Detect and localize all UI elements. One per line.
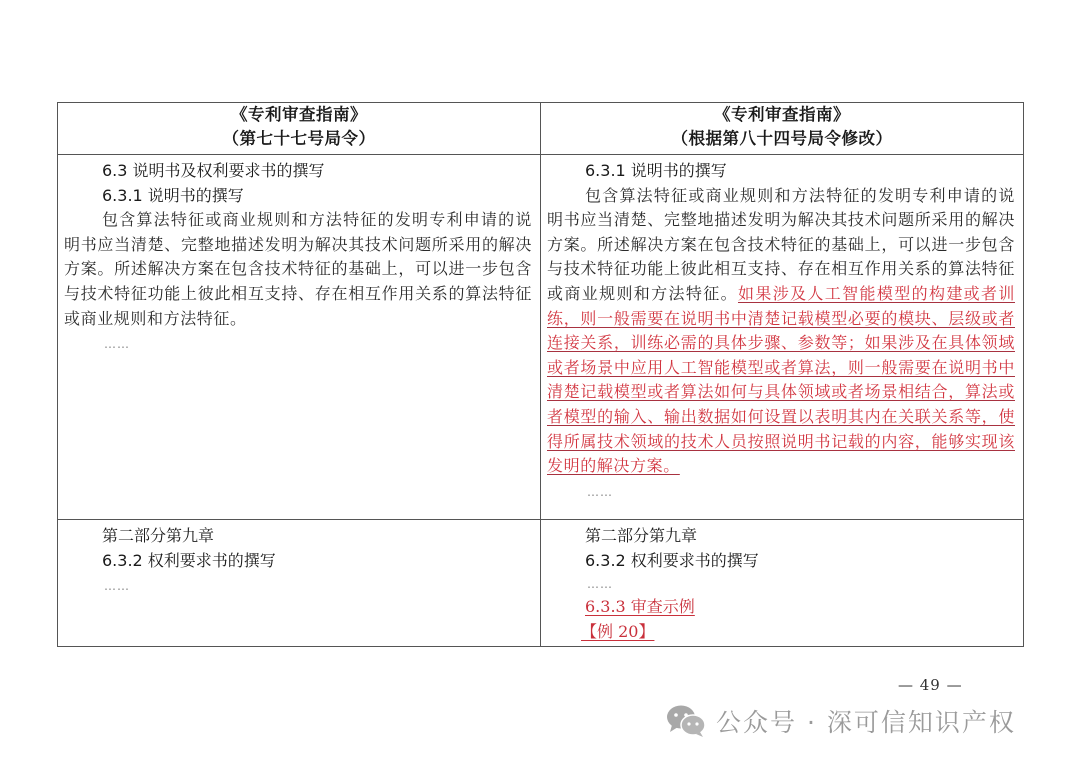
right-header-subtitle: （根据第八十四号局令修改） (541, 127, 1023, 151)
omission-ellipsis: …… (547, 479, 1015, 505)
right-cell-claims: 第二部分第九章 6.3.2 权利要求书的撰写 …… 6.3.3 审查示例 【例 … (541, 520, 1024, 647)
left-cell-claims: 第二部分第九章 6.3.2 权利要求书的撰写 …… (58, 520, 541, 647)
added-text: 如果涉及人工智能模型的构建或者训练，则一般需要在说明书中清楚记载模型必要的模块、… (547, 284, 1015, 475)
left-column-header: 《专利审查指南》 （第七十七号局令） (58, 103, 541, 155)
omission-ellipsis: …… (64, 331, 532, 357)
omission-ellipsis: …… (547, 573, 1015, 595)
document-page: 《专利审查指南》 （第七十七号局令） 《专利审查指南》 （根据第八十四号局令修改… (0, 0, 1080, 764)
chapter-heading: 第二部分第九章 (64, 524, 532, 549)
subsection-heading: 6.3.2 权利要求书的撰写 (547, 549, 1015, 574)
subsection-heading: 6.3.1 说明书的撰写 (64, 184, 532, 209)
wechat-icon (666, 704, 706, 738)
added-example: 【例 20】 (547, 620, 1015, 645)
added-heading: 6.3.3 审查示例 (547, 595, 1015, 620)
table-row: 第二部分第九章 6.3.2 权利要求书的撰写 …… 第二部分第九章 6.3.2 … (58, 520, 1024, 647)
right-column-header: 《专利审查指南》 （根据第八十四号局令修改） (541, 103, 1024, 155)
left-cell-description: 6.3 说明书及权利要求书的撰写 6.3.1 说明书的撰写 包含算法特征或商业规… (58, 155, 541, 520)
watermark: 公众号 · 深可信知识产权 (666, 703, 1016, 739)
subsection-heading: 6.3.2 权利要求书的撰写 (64, 549, 532, 574)
section-heading: 6.3 说明书及权利要求书的撰写 (64, 159, 532, 184)
subsection-heading: 6.3.1 说明书的撰写 (547, 159, 1015, 184)
left-header-title: 《专利审查指南》 (58, 103, 540, 127)
right-header-title: 《专利审查指南》 (541, 103, 1023, 127)
left-header-subtitle: （第七十七号局令） (58, 127, 540, 151)
watermark-text: 公众号 · 深可信知识产权 (716, 703, 1016, 739)
chapter-heading: 第二部分第九章 (547, 524, 1015, 549)
comparison-table: 《专利审查指南》 （第七十七号局令） 《专利审查指南》 （根据第八十四号局令修改… (57, 102, 1024, 647)
table-row: 6.3 说明书及权利要求书的撰写 6.3.1 说明书的撰写 包含算法特征或商业规… (58, 155, 1024, 520)
header-row: 《专利审查指南》 （第七十七号局令） 《专利审查指南》 （根据第八十四号局令修改… (58, 103, 1024, 155)
page-number: — 49 — (898, 676, 963, 694)
body-paragraph: 包含算法特征或商业规则和方法特征的发明专利申请的说明书应当清楚、完整地描述发明为… (547, 184, 1015, 479)
right-cell-description: 6.3.1 说明书的撰写 包含算法特征或商业规则和方法特征的发明专利申请的说明书… (541, 155, 1024, 520)
body-paragraph: 包含算法特征或商业规则和方法特征的发明专利申请的说明书应当清楚、完整地描述发明为… (64, 208, 532, 331)
omission-ellipsis: …… (64, 573, 532, 599)
